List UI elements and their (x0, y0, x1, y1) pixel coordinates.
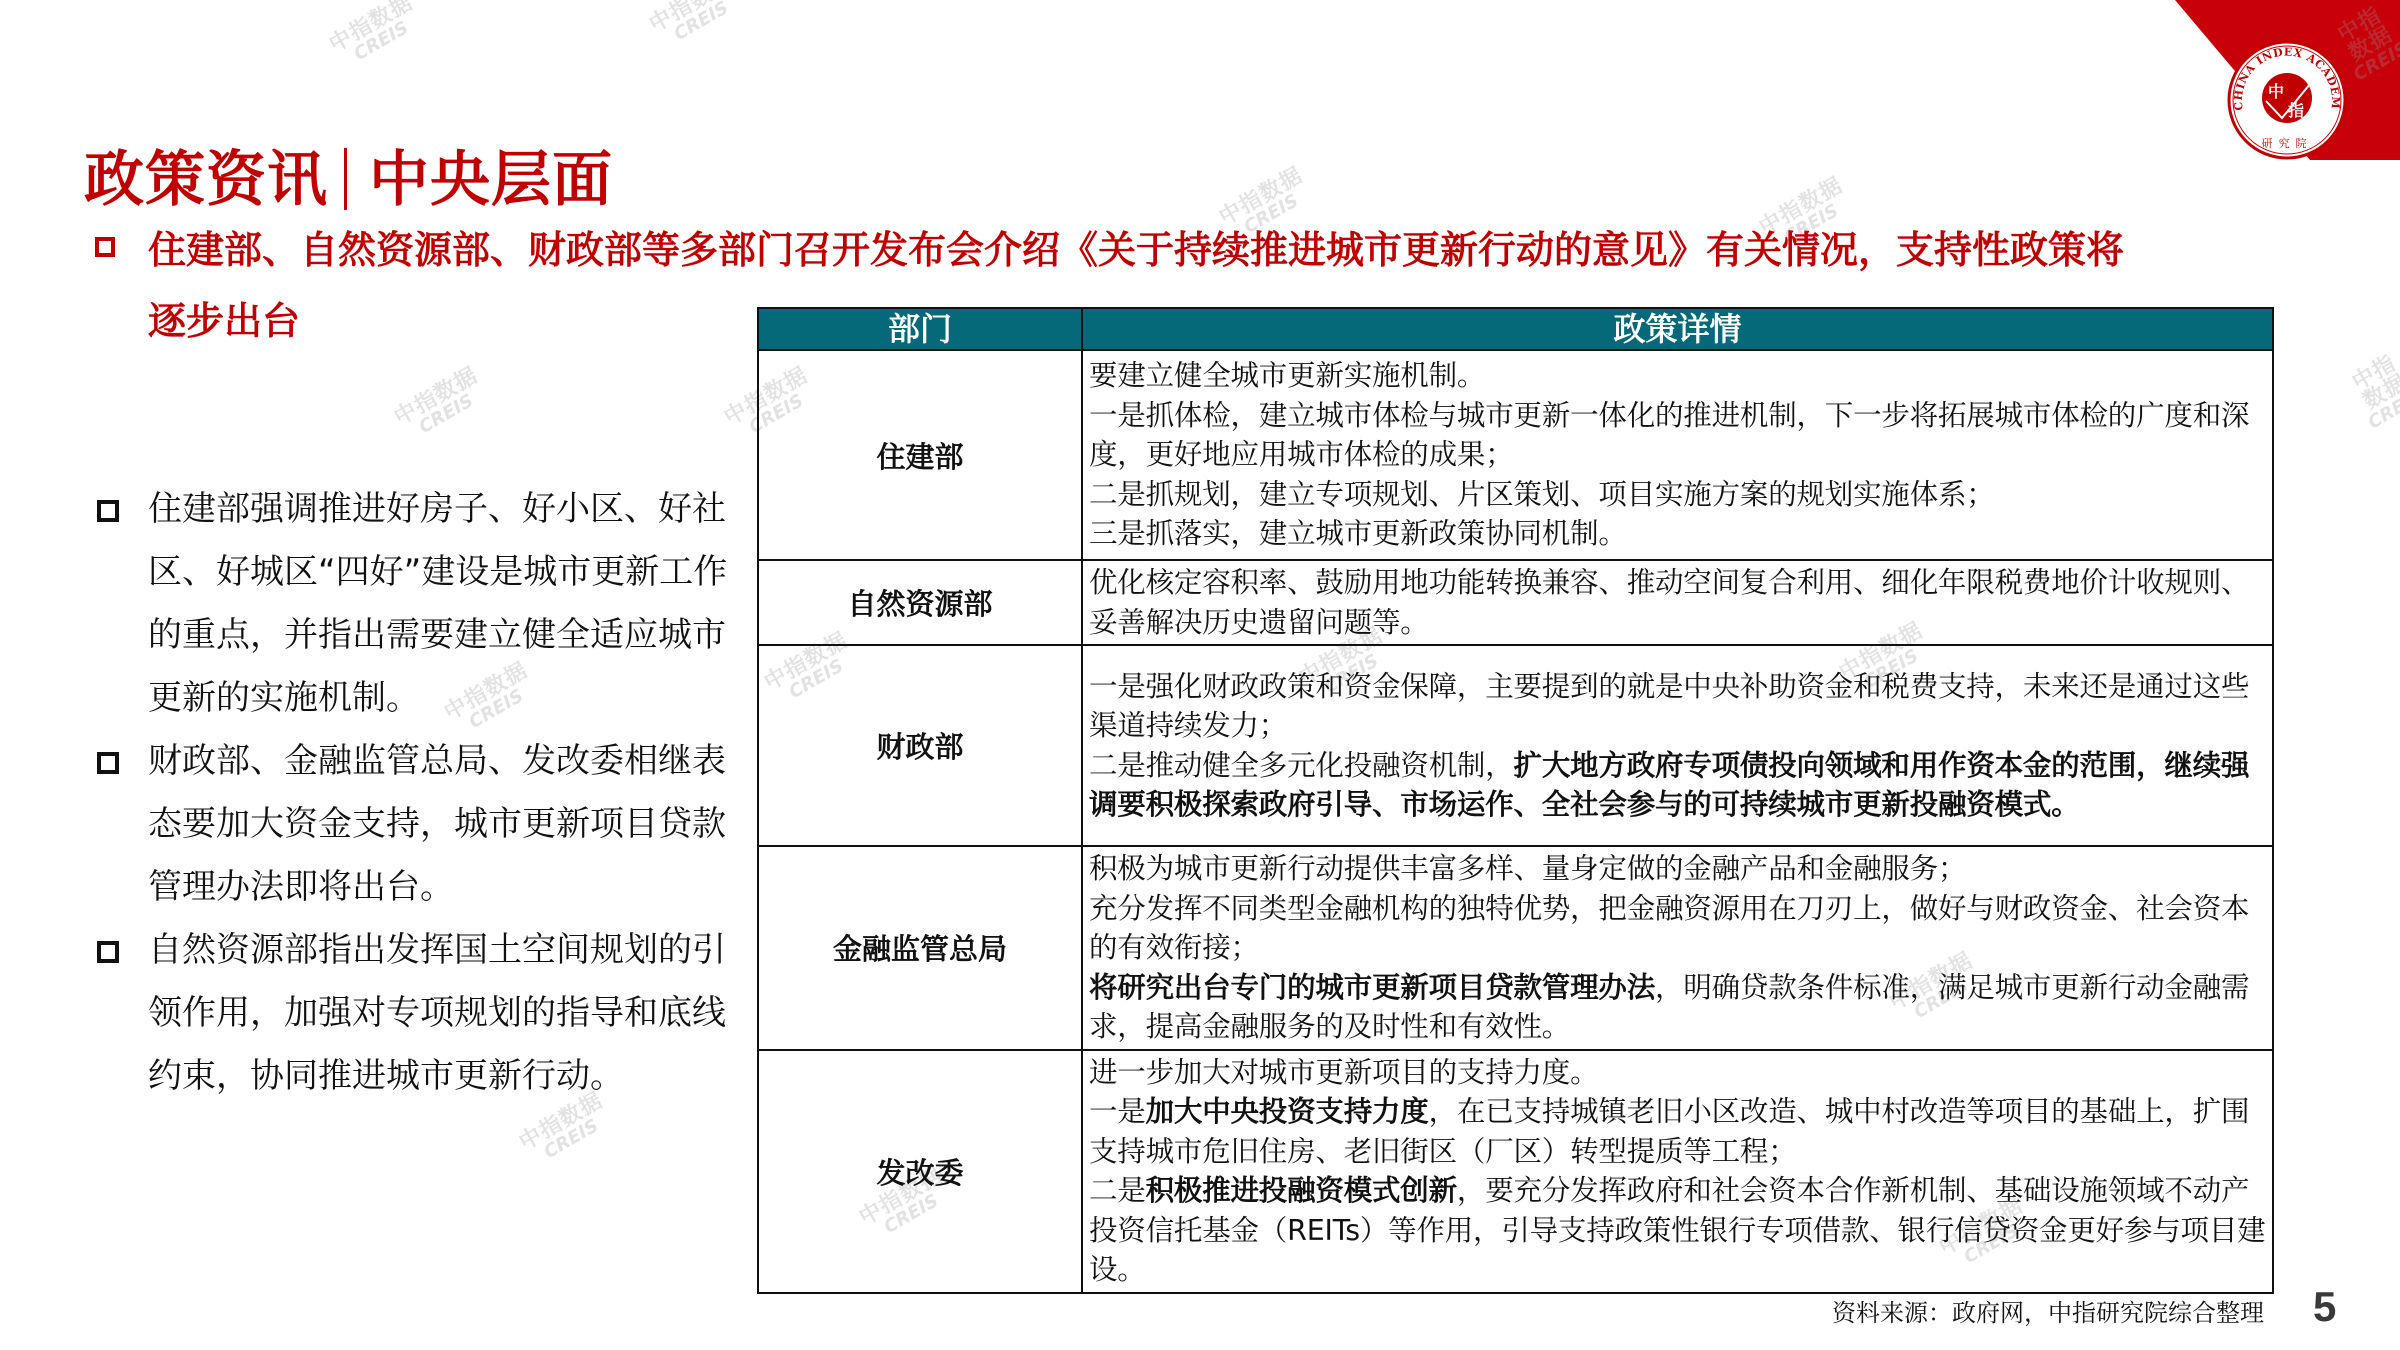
detail-line: 二是抓规划，建立专项规划、片区策划、项目实施方案的规划实施体系； (1089, 475, 2268, 515)
summary-bullet: 住建部强调推进好房子、好小区、好社区、好城区“四好”建设是城市更新工作的重点，并… (95, 478, 735, 730)
svg-text:指: 指 (2287, 101, 2304, 120)
column-header-department: 部门 (758, 308, 1082, 350)
title-section: 政策资讯 (84, 145, 328, 215)
corner-logo: CHINA INDEX ACADEMY 中 指 研究院 (2140, 0, 2400, 170)
watermark: 中指数据CREIS (2343, 349, 2400, 432)
detail-line: 积极为城市更新行动提供丰富多样、量身定做的金融产品和金融服务； (1089, 849, 2268, 889)
square-bullet-icon (97, 941, 119, 963)
table-row: 自然资源部 优化核定容积率、鼓励用地功能转换兼容、推动空间复合利用、细化年限税费… (758, 560, 2273, 645)
detail-text: 进一步加大对城市更新项目的支持力度。 (1089, 1056, 1598, 1089)
bullet-text: 住建部强调推进好房子、好小区、好社区、好城区“四好”建设是城市更新工作的重点，并… (148, 489, 727, 718)
detail-text: 三是抓落实，建立城市更新政策协同机制。 (1089, 517, 1627, 550)
detail-line: 二是推动健全多元化投融资机制，扩大地方政府专项债投向领域和用作资本金的范围，继续… (1089, 746, 2268, 825)
detail-cell: 一是强化财政政策和资金保障，主要提到的就是中央补助资金和税费支持，未来还是通过这… (1082, 645, 2273, 846)
detail-line: 将研究出台专门的城市更新项目贷款管理办法，明确贷款条件标准，满足城市更新行动金融… (1089, 968, 2268, 1047)
detail-text: 充分发挥不同类型金融机构的独特优势，把金融资源用在刀刃上，做好与财政资金、社会资… (1089, 892, 2249, 965)
summary-bullet: 财政部、金融监管总局、发改委相继表态要加大资金支持，城市更新项目贷款管理办法即将… (95, 730, 735, 919)
title-topic: 中央层面 (369, 145, 613, 215)
detail-text: 一是强化财政政策和资金保障，主要提到的就是中央补助资金和税费支持，未来还是通过这… (1089, 670, 2249, 743)
detail-line: 要建立健全城市更新实施机制。 (1089, 356, 2268, 396)
detail-text: 积极为城市更新行动提供丰富多样、量身定做的金融产品和金融服务； (1089, 852, 1966, 885)
table-row: 住建部 要建立健全城市更新实施机制。一是抓体检，建立城市体检与城市更新一体化的推… (758, 350, 2273, 560)
department-cell: 金融监管总局 (758, 846, 1082, 1050)
detail-text: 二是抓规划，建立专项规划、片区策划、项目实施方案的规划实施体系； (1089, 478, 1995, 511)
page-title: 政策资讯中央层面 (84, 140, 613, 220)
detail-text: 一是抓体检，建立城市体检与城市更新一体化的推进机制，下一步将拓展城市体检的广度和… (1089, 399, 2249, 472)
detail-text: 要建立健全城市更新实施机制。 (1089, 359, 1485, 392)
detail-line: 三是抓落实，建立城市更新政策协同机制。 (1089, 514, 2268, 554)
detail-text: 一是 (1089, 1095, 1146, 1128)
detail-line: 一是强化财政政策和资金保障，主要提到的就是中央补助资金和税费支持，未来还是通过这… (1089, 667, 2268, 746)
detail-text: 二是推动健全多元化投融资机制， (1089, 749, 1514, 782)
emphasis-text: 将研究出台专门的城市更新项目贷款管理办法 (1089, 971, 1655, 1004)
department-cell: 住建部 (758, 350, 1082, 560)
page-number: 5 (2313, 1283, 2336, 1331)
square-bullet-icon (97, 752, 119, 774)
table-row: 金融监管总局 积极为城市更新行动提供丰富多样、量身定做的金融产品和金融服务；充分… (758, 846, 2273, 1050)
source-note: 资料来源：政府网，中指研究院综合整理 (1832, 1293, 2264, 1328)
policy-table: 部门 政策详情 住建部 要建立健全城市更新实施机制。一是抓体检，建立城市体检与城… (757, 307, 2274, 1294)
title-separator (344, 148, 347, 210)
department-cell: 财政部 (758, 645, 1082, 846)
watermark: 中指数据CREIS (391, 365, 491, 446)
table-row: 发改委 进一步加大对城市更新项目的支持力度。一是加大中央投资支持力度，在已支持城… (758, 1050, 2273, 1293)
square-bullet-icon (97, 500, 119, 522)
svg-text:中: 中 (2268, 82, 2284, 101)
watermark: 中指数据CREIS (326, 0, 426, 72)
detail-line: 优化核定容积率、鼓励用地功能转换兼容、推动空间复合利用、细化年限税费地价计收规则… (1089, 563, 2268, 642)
detail-cell: 优化核定容积率、鼓励用地功能转换兼容、推动空间复合利用、细化年限税费地价计收规则… (1082, 560, 2273, 645)
detail-cell: 要建立健全城市更新实施机制。一是抓体检，建立城市体检与城市更新一体化的推进机制，… (1082, 350, 2273, 560)
emphasis-text: 积极推进投融资模式创新 (1146, 1174, 1457, 1207)
bullet-text: 自然资源部指出发挥国土空间规划的引领作用，加强对专项规划的指导和底线约束，协同推… (148, 930, 726, 1096)
square-bullet-icon (95, 237, 115, 257)
detail-line: 进一步加大对城市更新项目的支持力度。 (1089, 1053, 2268, 1093)
department-cell: 自然资源部 (758, 560, 1082, 645)
emphasis-text: 加大中央投资支持力度 (1146, 1095, 1429, 1128)
summary-bullet: 自然资源部指出发挥国土空间规划的引领作用，加强对专项规划的指导和底线约束，协同推… (95, 919, 735, 1108)
detail-text: 二是 (1089, 1174, 1146, 1207)
watermark: 中指数据CREIS (646, 0, 746, 52)
table-row: 财政部 一是强化财政政策和资金保障，主要提到的就是中央补助资金和税费支持，未来还… (758, 645, 2273, 846)
detail-line: 一是加大中央投资支持力度，在已支持城镇老旧小区改造、城中村改造等项目的基础上，扩… (1089, 1092, 2268, 1171)
detail-line: 充分发挥不同类型金融机构的独特优势，把金融资源用在刀刃上，做好与财政资金、社会资… (1089, 889, 2268, 968)
bullet-text: 财政部、金融监管总局、发改委相继表态要加大资金支持，城市更新项目贷款管理办法即将… (148, 741, 726, 907)
detail-cell: 积极为城市更新行动提供丰富多样、量身定做的金融产品和金融服务；充分发挥不同类型金… (1082, 846, 2273, 1050)
department-cell: 发改委 (758, 1050, 1082, 1293)
detail-line: 二是积极推进投融资模式创新，要充分发挥政府和社会资本合作新机制、基础设施领域不动… (1089, 1171, 2268, 1290)
summary-bullets: 住建部强调推进好房子、好小区、好社区、好城区“四好”建设是城市更新工作的重点，并… (95, 478, 735, 1108)
svg-text:研究院: 研究院 (2262, 136, 2313, 150)
detail-text: 优化核定容积率、鼓励用地功能转换兼容、推动空间复合利用、细化年限税费地价计收规则… (1089, 566, 2249, 639)
detail-cell: 进一步加大对城市更新项目的支持力度。一是加大中央投资支持力度，在已支持城镇老旧小… (1082, 1050, 2273, 1293)
detail-line: 一是抓体检，建立城市体检与城市更新一体化的推进机制，下一步将拓展城市体检的广度和… (1089, 396, 2268, 475)
column-header-details: 政策详情 (1082, 308, 2273, 350)
table-header-row: 部门 政策详情 (758, 308, 2273, 350)
